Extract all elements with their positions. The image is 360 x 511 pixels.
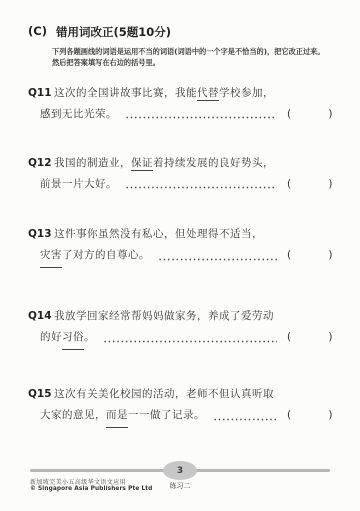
question-line: 这次的全国讲故事比赛，我能代替学校参加， [54, 83, 333, 104]
footer-book-title: 新加坡完美小五高级华文语文应用 [30, 477, 126, 486]
question-text: 大家的意见， [40, 405, 106, 426]
answer-bracket-close: ) [328, 245, 333, 266]
question-text: 了对方的自尊心。 [62, 245, 150, 266]
answer-bracket-close: ) [328, 327, 333, 348]
question-text: 这件事你虽然没有私心，但处理得不适当， [54, 228, 263, 240]
answer-bracket-open: ( [287, 104, 292, 125]
underlined-word: 代替 [197, 87, 219, 101]
question-line: 这次有关美化校园的活动，老师不但认真听取 [54, 384, 333, 405]
question-line: 大家的意见，而是一一做了记录。() [40, 405, 333, 428]
answer-bracket-open: ( [287, 245, 292, 266]
question-line: 我国的制造业，保证着持续发展的良好势头， [54, 153, 333, 174]
question-line: 我放学回家经常帮妈妈做家务，养成了爱劳动 [54, 306, 333, 327]
question-line: 感到无比光荣。() [40, 104, 333, 125]
instructions-line-1: 下列各题画线的词语是运用不当的词语(词语中的一个字是不恰当的)，把它改正过来。 [52, 47, 348, 58]
dotted-leader [125, 186, 277, 189]
footer-copyright: © Singapore Asia Publishers Pte Ltd [30, 486, 152, 492]
question-text: 学校参加， [219, 87, 274, 99]
question-text: 的好 [40, 327, 62, 348]
answer-bracket-open: ( [287, 327, 292, 348]
question-text: 感到无比光荣。 [40, 104, 117, 125]
question-text: 这次的全国讲故事比赛，我能 [54, 87, 197, 99]
answer-bracket-open: ( [287, 405, 292, 426]
question-block: Q15这次有关美化校园的活动，老师不但认真听取大家的意见，而是一一做了记录。() [28, 384, 333, 428]
question-lines: 我放学回家经常帮妈妈做家务，养成了爱劳动的好习俗。() [54, 306, 333, 350]
dotted-leader [125, 116, 277, 119]
question-text: 着持续发展的良好势头， [153, 157, 274, 169]
answer-bracket-close: ) [328, 405, 333, 426]
answer-bracket-open: ( [287, 174, 292, 195]
question-block: Q14我放学回家经常帮妈妈做家务，养成了爱劳动的好习俗。() [28, 306, 333, 350]
question-line: 灾害了对方的自尊心。() [40, 245, 333, 268]
dotted-leader [158, 258, 277, 261]
worksheet-page: (C) 错用词改正(5题10分) 下列各题画线的词语是运用不当的词语(词语中的一… [0, 0, 360, 511]
answer-brackets: () [287, 245, 333, 266]
section-label: (C) [28, 24, 47, 40]
underlined-word: 习俗 [62, 327, 84, 350]
instructions: 下列各题画线的词语是运用不当的词语(词语中的一个字是不恰当的)，把它改正过来。 … [52, 47, 348, 68]
question-lines: 我国的制造业，保证着持续发展的良好势头，前景一片大好。() [54, 153, 333, 195]
section-title: 错用词改正(5题10分) [56, 24, 171, 40]
answer-brackets: () [287, 174, 333, 195]
answer-bracket-close: ) [328, 174, 333, 195]
underlined-word: 而是 [106, 405, 128, 428]
underlined-word: 保证 [131, 157, 153, 171]
footer-caption: 练习二 [170, 481, 191, 491]
question-text: 这次有关美化校园的活动，老师不但认真听取 [54, 388, 274, 400]
question-lines: 这次的全国讲故事比赛，我能代替学校参加，感到无比光荣。() [54, 83, 333, 125]
question-line: 这件事你虽然没有私心，但处理得不适当， [54, 224, 333, 245]
question-text: 我放学回家经常帮妈妈做家务，养成了爱劳动 [54, 310, 274, 322]
question-lines: 这件事你虽然没有私心，但处理得不适当，灾害了对方的自尊心。() [54, 224, 333, 268]
dotted-leader [103, 340, 277, 343]
page-number-badge: 3 [163, 461, 197, 480]
answer-brackets: () [287, 327, 333, 348]
question-text: 前景一片大好。 [40, 174, 117, 195]
question-text: 一一做了记录。 [128, 405, 205, 426]
section-header: (C) 错用词改正(5题10分) [28, 24, 171, 40]
answer-brackets: () [287, 405, 333, 426]
question-line: 的好习俗。() [40, 327, 333, 350]
question-block: Q12我国的制造业，保证着持续发展的良好势头，前景一片大好。() [28, 153, 333, 195]
question-text: 。 [84, 327, 95, 348]
page-number: 3 [177, 466, 183, 476]
question-block: Q11这次的全国讲故事比赛，我能代替学校参加，感到无比光荣。() [28, 83, 333, 125]
question-text: 我国的制造业， [54, 157, 131, 169]
dotted-leader [213, 418, 277, 421]
question-block: Q13这件事你虽然没有私心，但处理得不适当，灾害了对方的自尊心。() [28, 224, 333, 268]
underlined-word: 灾害 [40, 245, 62, 268]
instructions-line-2: 然后把答案填写在右边的括号里。 [52, 58, 348, 69]
question-line: 前景一片大好。() [40, 174, 333, 195]
answer-bracket-close: ) [328, 104, 333, 125]
question-lines: 这次有关美化校园的活动，老师不但认真听取大家的意见，而是一一做了记录。() [54, 384, 333, 428]
answer-brackets: () [287, 104, 333, 125]
